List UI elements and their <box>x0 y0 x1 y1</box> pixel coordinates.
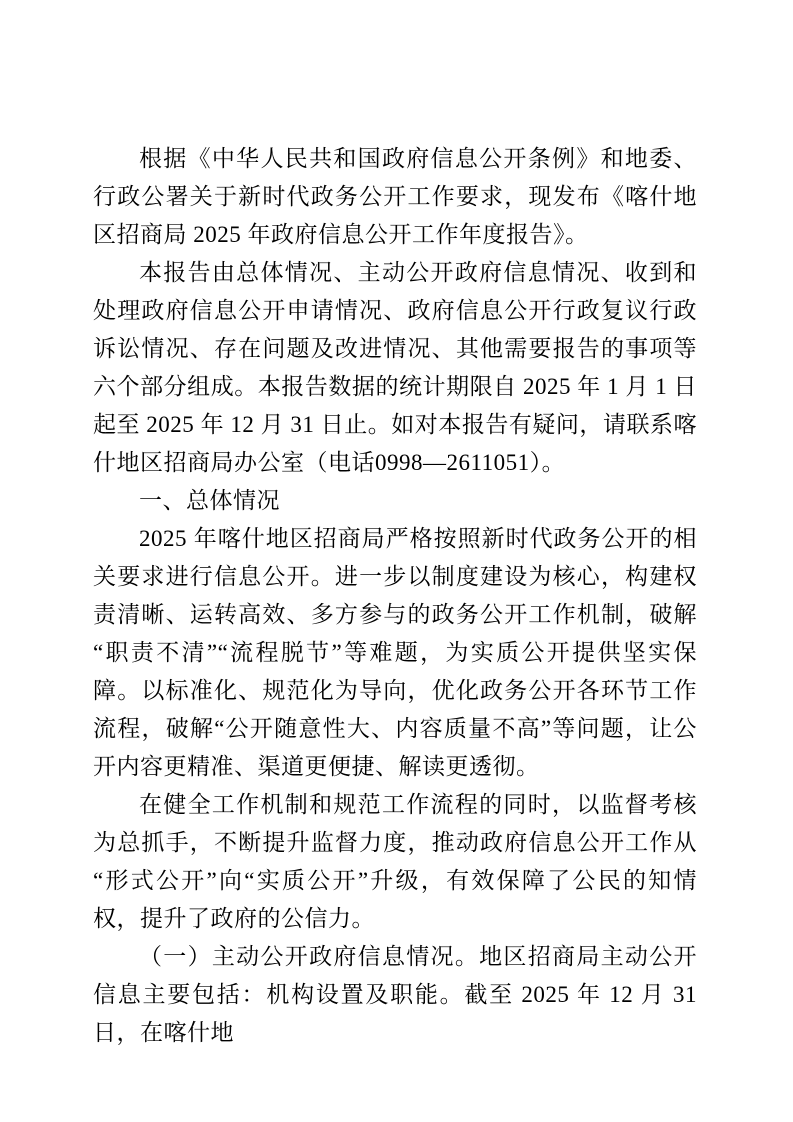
document-text-block: 根据《中华人民共和国政府信息公开条例》和地委、行政公署关于新时代政务公开工作要求… <box>93 140 697 1052</box>
paragraph-report-structure: 本报告由总体情况、主动公开政府信息情况、收到和处理政府信息公开申请情况、政府信息… <box>93 254 697 482</box>
document-page: 根据《中华人民共和国政府信息公开条例》和地委、行政公署关于新时代政务公开工作要求… <box>0 0 793 1122</box>
paragraph-overall-situation-body: 2025 年喀什地区招商局严格按照新时代政务公开的相关要求进行信息公开。进一步以… <box>93 520 697 786</box>
paragraph-supervision-mechanism: 在健全工作机制和规范工作流程的同时，以监督考核为总抓手，不断提升监督力度，推动政… <box>93 786 697 938</box>
paragraph-proactive-disclosure: （一）主动公开政府信息情况。地区招商局主动公开信息主要包括：机构设置及职能。截至… <box>93 938 697 1052</box>
paragraph-intro-basis: 根据《中华人民共和国政府信息公开条例》和地委、行政公署关于新时代政务公开工作要求… <box>93 140 697 254</box>
section-heading-overall-situation: 一、总体情况 <box>93 482 697 520</box>
